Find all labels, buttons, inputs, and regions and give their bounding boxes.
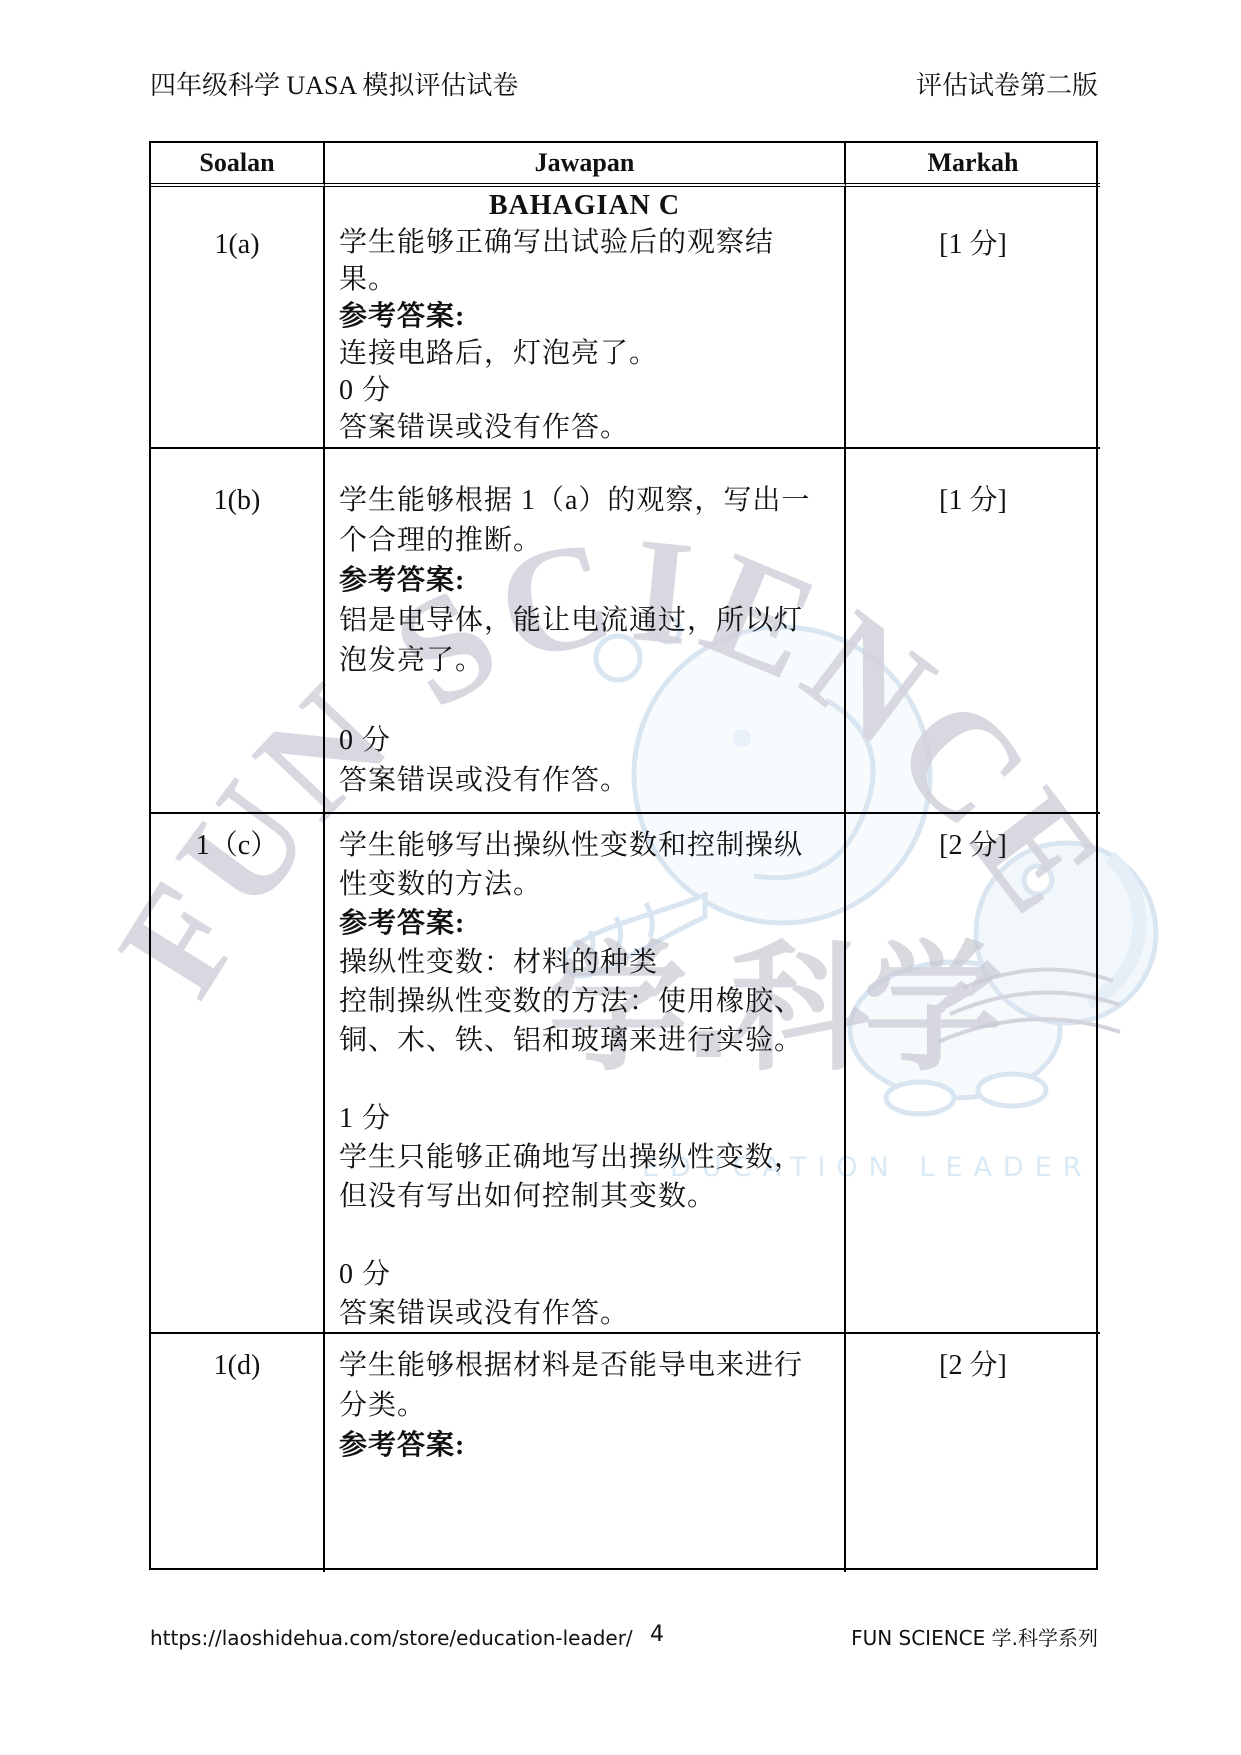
answer-line: 学生能够根据材料是否能导电来进行 <box>339 1346 830 1386</box>
footer-brand: FUN SCIENCE 学.科学系列 <box>851 1622 1098 1651</box>
table-row-1a-jawapan: BAHAGIAN C 学生能够正确写出试验后的观察结 果。 参考答案: 连接电路… <box>325 187 846 449</box>
answer-line: 学生只能够正确地写出操纵性变数， <box>339 1138 830 1177</box>
answer-line <box>339 1216 830 1255</box>
column-header-jawapan: Jawapan <box>325 143 846 187</box>
page-footer: https://laoshidehua.com/store/education-… <box>150 1622 1098 1651</box>
table-row-1b-markah: [1 分] <box>846 449 1100 814</box>
header-left-title: 四年级科学 UASA 模拟评估试卷 <box>150 70 518 102</box>
answer-line: 铜、木、铁、铝和玻璃来进行实验。 <box>339 1021 830 1060</box>
header-right-edition: 评估试卷第二版 <box>916 70 1098 102</box>
question-number: 1(d) <box>151 1346 323 1386</box>
answer-line: 0 分 <box>339 372 830 409</box>
page-header: 四年级科学 UASA 模拟评估试卷 评估试卷第二版 <box>150 70 1098 102</box>
answer-line: 分类。 <box>339 1386 830 1426</box>
answer-line: 0 分 <box>339 721 830 761</box>
table-row-1a-soalan: 1(a) <box>151 187 325 449</box>
question-number: 1(b) <box>151 481 323 521</box>
marks-value: [1 分] <box>846 481 1100 521</box>
table-row-1a-markah: [1 分] <box>846 187 1100 449</box>
answer-line: 铝是电导体，能让电流通过，所以灯 <box>339 601 830 641</box>
page-content: 四年级科学 UASA 模拟评估试卷 评估试卷第二版 Soalan Jawapan… <box>0 0 1241 1755</box>
column-header-markah: Markah <box>846 143 1100 187</box>
answer-line: 参考答案: <box>339 298 830 335</box>
table-row-1c-markah: [2 分] <box>846 814 1100 1334</box>
answer-line: 个合理的推断。 <box>339 521 830 561</box>
answer-line <box>339 1060 830 1099</box>
answer-line: 控制操纵性变数的方法：使用橡胶、 <box>339 982 830 1021</box>
answer-line: 性变数的方法。 <box>339 865 830 904</box>
answer-line: 1 分 <box>339 1099 830 1138</box>
answer-line: 但没有写出如何控制其变数。 <box>339 1177 830 1216</box>
table-row-1d-markah: [2 分] <box>846 1334 1100 1572</box>
marks-value: [2 分] <box>846 1346 1100 1386</box>
table-row-1b-jawapan: 学生能够根据 1（a）的观察，写出一 个合理的推断。 参考答案: 铝是电导体，能… <box>325 449 846 814</box>
answer-line: 答案错误或没有作答。 <box>339 409 830 446</box>
table-row-1d-soalan: 1(d) <box>151 1334 325 1572</box>
answer-line: 参考答案: <box>339 904 830 943</box>
answer-line: 0 分 <box>339 1255 830 1294</box>
column-header-soalan: Soalan <box>151 143 325 187</box>
document-page: FUN SCIENCE 学.科学 EDUCATION LEADER 四年级科学 … <box>0 0 1241 1755</box>
answer-line: 参考答案: <box>339 561 830 601</box>
marks-value: [2 分] <box>846 826 1100 865</box>
table-row-1c-jawapan: 学生能够写出操纵性变数和控制操纵 性变数的方法。 参考答案: 操纵性变数：材料的… <box>325 814 846 1334</box>
answer-line <box>339 681 830 721</box>
table-row-1c-soalan: 1（c） <box>151 814 325 1334</box>
answer-line: 学生能够写出操纵性变数和控制操纵 <box>339 826 830 865</box>
answer-scheme-table: Soalan Jawapan Markah 1(a) BAHAGIAN C 学生… <box>149 141 1098 1570</box>
table-row-1b-soalan: 1(b) <box>151 449 325 814</box>
answer-line: 果。 <box>339 261 830 298</box>
question-number: 1（c） <box>151 826 323 865</box>
answer-line: 答案错误或没有作答。 <box>339 1294 830 1333</box>
marks-value: [1 分] <box>846 226 1100 263</box>
answer-line: 操纵性变数：材料的种类 <box>339 943 830 982</box>
answer-line: 泡发亮了。 <box>339 641 830 681</box>
section-title: BAHAGIAN C <box>339 187 830 224</box>
answer-line: 连接电路后，灯泡亮了。 <box>339 335 830 372</box>
answer-line: 答案错误或没有作答。 <box>339 761 830 801</box>
question-number: 1(a) <box>151 226 323 263</box>
answer-line: 学生能够根据 1（a）的观察，写出一 <box>339 481 830 521</box>
page-number: 4 <box>650 1622 664 1647</box>
answer-line: 参考答案: <box>339 1426 830 1466</box>
table-row-1d-jawapan: 学生能够根据材料是否能导电来进行 分类。 参考答案: <box>325 1334 846 1572</box>
footer-url: https://laoshidehua.com/store/education-… <box>150 1626 633 1650</box>
answer-line: 学生能够正确写出试验后的观察结 <box>339 224 830 261</box>
